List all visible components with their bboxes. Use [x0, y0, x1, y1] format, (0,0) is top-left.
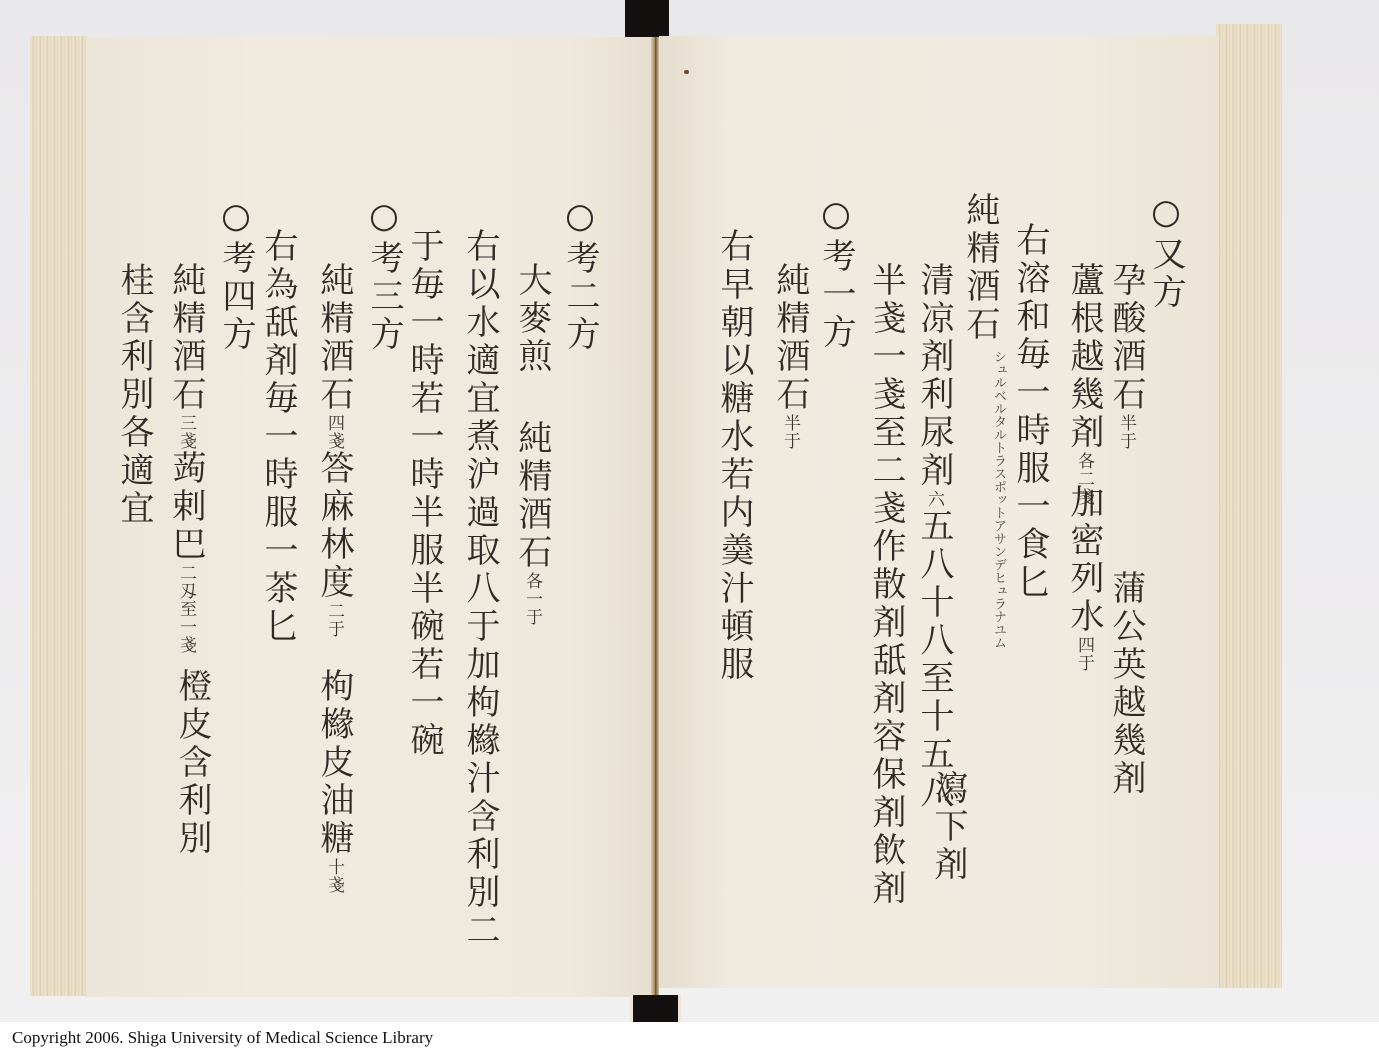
- recipe-line: 純精酒石四戔答麻林度二于: [314, 262, 354, 638]
- dose-note: 二刄至一戔: [176, 564, 196, 654]
- instruction-line: 右以水適宜煮沪過取八于加枸櫞汁含利別二: [460, 228, 500, 950]
- heading-yu-fang: ○又方: [1146, 192, 1186, 312]
- recipe-line: 枸櫞皮油糖十戔: [314, 668, 354, 894]
- recipe-line: 清凉剤利尿剤六五八十八至十五八: [914, 262, 954, 812]
- ingredient: 純精酒石: [166, 262, 206, 414]
- recipe-line: 橙皮含利別: [172, 668, 212, 858]
- instruction-line: 右早朝以糖水若内羮汁頓服: [714, 228, 754, 684]
- dose-range: 五八十八至十五八: [914, 508, 954, 812]
- recipe-line: 純精酒石各一于: [512, 420, 552, 626]
- ingredient: 純精酒石: [314, 262, 354, 414]
- recipe-line: 蒲公英越幾剤: [1106, 570, 1146, 798]
- ingredient: 純精酒石: [960, 192, 1000, 344]
- book-strap-bottom: [630, 995, 681, 1022]
- dose-note: 半于: [780, 414, 800, 450]
- recipe-line: 純精酒石: [960, 192, 1000, 344]
- ingredient: 孕酸酒石: [1106, 262, 1146, 414]
- recipe-line: 瀉下剤: [928, 770, 968, 884]
- ingredient: 答麻林度: [314, 450, 354, 602]
- dose-note: 六: [924, 490, 944, 508]
- heading-kou-ni-hou: ○考二方: [560, 196, 600, 354]
- page-edges-right: [1216, 24, 1282, 988]
- ingredient: 純精酒石: [770, 262, 810, 414]
- ingredient: 枸櫞皮油糖: [314, 668, 354, 858]
- copyright-notice: Copyright 2006. Shiga University of Medi…: [12, 1028, 433, 1048]
- recipe-line: 桂含利別各適宜: [114, 262, 154, 528]
- heading-kou-san-hou: ○考三方: [364, 196, 404, 354]
- recipe-line: 純精酒石半于: [770, 262, 810, 450]
- heading-kou-shi-hou: ○考四方: [216, 196, 256, 354]
- dose-note: 三戔: [176, 414, 196, 450]
- instruction-line: 于毎一時若一時半服半碗若一碗: [404, 228, 444, 760]
- paper-speck: [684, 70, 689, 74]
- ingredient: 清凉剤利尿剤: [914, 262, 954, 490]
- recipe-line: 孕酸酒石半于: [1106, 262, 1146, 450]
- recipe-line: 純精酒石三戔蒟剌巴二刄至一戔: [166, 262, 206, 654]
- katakana-gloss: シュルベルタルトラスポットアサンデヒュラナユム: [978, 350, 1018, 649]
- dose-note: 四戔: [324, 414, 344, 450]
- recipe-line: 大麥煎: [512, 262, 552, 376]
- dose-note: 半于: [1116, 414, 1136, 450]
- dose-note: 二于: [324, 602, 344, 638]
- dose-note: 四于: [1074, 636, 1094, 672]
- instruction-line: 右為舐剤毎一時服一茶匕: [258, 228, 298, 646]
- recipe-line: 加密列水四于: [1064, 484, 1104, 672]
- ingredient: 加密列水: [1064, 484, 1104, 636]
- ingredient: 大麥煎: [512, 262, 552, 376]
- dose-note: 十戔: [324, 858, 344, 894]
- instruction-line: 半戔一戔至二戔作散剤舐剤容保剤飲剤: [866, 262, 906, 908]
- book-strap-top: [625, 0, 669, 40]
- ingredient: 蒟剌巴: [166, 450, 206, 564]
- ingredient: 蘆根越幾剤: [1064, 262, 1104, 452]
- heading-kou-ichi-hou: ○考一方: [816, 194, 856, 352]
- recipe-line: 蘆根越幾剤各二戔: [1064, 262, 1104, 506]
- ingredient: 純精酒石: [512, 420, 552, 572]
- book-gutter: [651, 37, 659, 995]
- page-edges-left: [30, 36, 88, 996]
- dose-note: 各一于: [522, 572, 542, 626]
